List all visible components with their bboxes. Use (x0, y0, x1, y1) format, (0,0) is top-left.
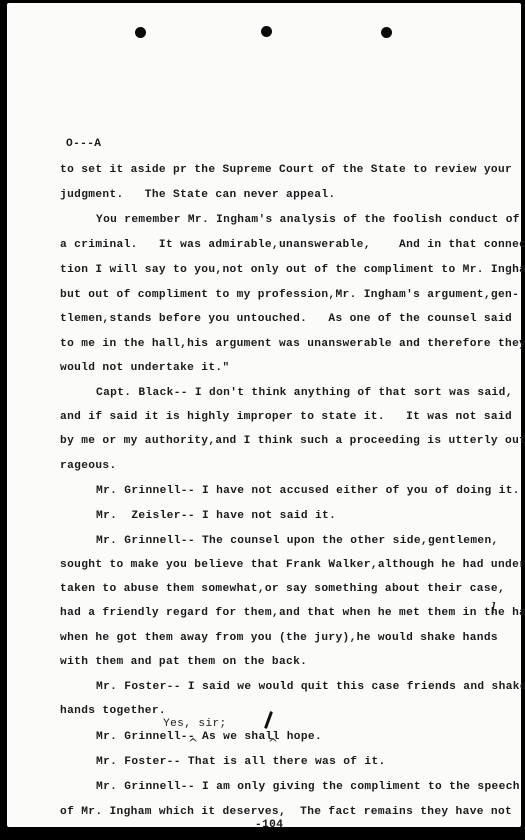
text-line: to set it aside pr the Supreme Court of … (60, 163, 512, 177)
text-line: judgment. The State can never appeal. (60, 188, 335, 202)
text-line: had a friendly regard for them,and that … (60, 606, 525, 620)
text-line: would not undertake it." (60, 361, 230, 375)
handwritten-insertion: Yes, sir; (163, 717, 227, 731)
text-line: sought to make you believe that Frank Wa… (60, 558, 525, 572)
document-page: O---A to set it aside pr the Supreme Cou… (7, 3, 521, 827)
text-line: Mr. Grinnell-- The counsel upon the othe… (96, 534, 499, 548)
text-line: a criminal. It was admirable,unanswerabl… (60, 238, 525, 252)
caret-mark-icon: ^ (188, 736, 198, 750)
text-line: to me in the hall,his argument was unans… (60, 337, 525, 351)
text-line: rageous. (60, 459, 117, 473)
text-line: Mr. Foster-- I said we would quit this c… (96, 680, 525, 694)
text-line: Mr. Grinnell-- I have not accused either… (96, 484, 520, 498)
text-line: when he got them away from you (the jury… (60, 631, 498, 645)
text-line: Mr. Grinnell-- I am only giving the comp… (96, 780, 520, 794)
slash-mark-icon (264, 711, 273, 729)
section-header: O---A (66, 137, 101, 151)
punch-hole-icon (135, 27, 146, 38)
text-line: of Mr. Ingham which it deserves, The fac… (60, 805, 512, 819)
text-line: Capt. Black-- I don't think anything of … (96, 386, 513, 400)
text-line: You remember Mr. Ingham's analysis of th… (96, 213, 520, 227)
text-line: taken to abuse them somewhat,or say some… (60, 582, 505, 596)
punch-hole-icon (381, 27, 392, 38)
text-line: but out of compliment to my profession,M… (60, 288, 519, 302)
caret-mark-icon: ^ (268, 736, 278, 750)
text-line: Mr. Grinnell-- As we shall hope. (96, 730, 322, 744)
text-line: tlemen,stands before you untouched. As o… (60, 312, 512, 326)
handwritten-correction: l (491, 599, 496, 617)
text-line: tion I will say to you,not only out of t… (60, 263, 525, 277)
text-line: with them and pat them on the back. (60, 655, 307, 669)
text-line: by me or my authority,and I think such a… (60, 434, 525, 448)
punch-hole-icon (261, 26, 272, 37)
text-line: Mr. Foster-- That is all there was of it… (96, 755, 386, 769)
text-line: hands together. (60, 704, 166, 718)
page-number: -104 (255, 818, 283, 832)
text-line: and if said it is highly improper to sta… (60, 410, 512, 424)
text-line: Mr. Zeisler-- I have not said it. (96, 509, 336, 523)
